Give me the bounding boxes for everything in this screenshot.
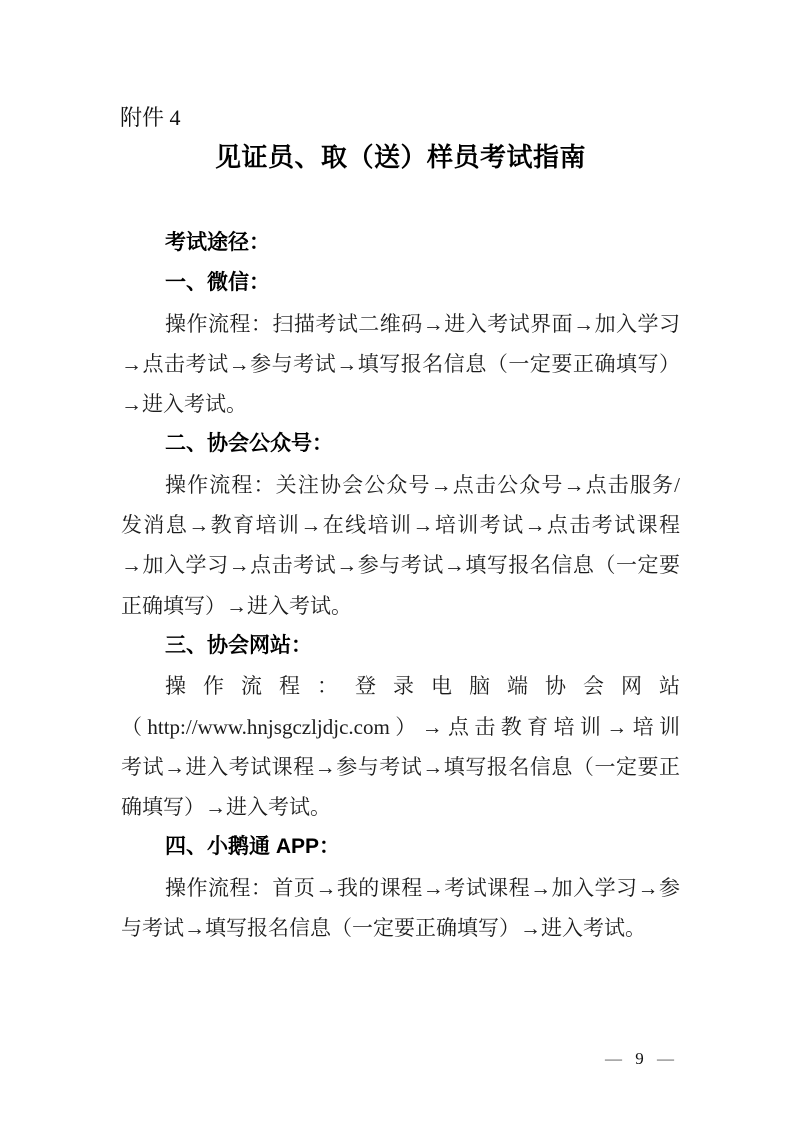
paragraph-2-line-2: 发消息→教育培训→在线培训→培训考试→点击考试课程 — [121, 505, 680, 545]
heading-section-3-website: 三、协会网站： — [121, 626, 680, 666]
document-page: 附件 4 见证员、取（送）样员考试指南 考试途径： 一、微信： 操作流程：扫描考… — [0, 0, 800, 1131]
paragraph-3-line-4: 确填写）→进入考试。 — [121, 787, 680, 827]
heading-section-4-xiaoetong-app: 四、小鹅通 APP： — [121, 827, 680, 867]
paragraph-2-line-1: 操作流程：关注协会公众号→点击公众号→点击服务/ — [121, 465, 680, 505]
paragraph-1-line-1: 操作流程：扫描考试二维码→进入考试界面→加入学习 — [121, 304, 680, 344]
paragraph-1-line-2: →点击考试→参与考试→填写报名信息（一定要正确填写） — [121, 344, 680, 384]
document-title: 见证员、取（送）样员考试指南 — [121, 140, 680, 176]
paragraph-3-line-2-url: （http://www.hnjsgczljdjc.com）→点击教育培训→培训 — [121, 707, 680, 747]
paragraph-2-line-4: 正确填写）→进入考试。 — [121, 586, 680, 626]
page-number: 9 — [635, 1049, 644, 1068]
heading-section-2-official-account: 二、协会公众号： — [121, 424, 680, 464]
paragraph-4-line-1: 操作流程：首页→我的课程→考试课程→加入学习→参 — [121, 868, 680, 908]
paragraph-3-line-1: 操作流程：登录电脑端协会网站 — [121, 666, 680, 706]
heading-exam-channels: 考试途径： — [121, 223, 680, 263]
document-body: 考试途径： 一、微信： 操作流程：扫描考试二维码→进入考试界面→加入学习 →点击… — [121, 223, 680, 948]
paragraph-2-line-3: →加入学习→点击考试→参与考试→填写报名信息（一定要 — [121, 545, 680, 585]
attachment-label: 附件 4 — [120, 103, 181, 133]
heading-section-1-wechat: 一、微信： — [121, 263, 680, 303]
paragraph-3-line-3: 考试→进入考试课程→参与考试→填写报名信息（一定要正 — [121, 747, 680, 787]
paragraph-4-line-2: 与考试→填写报名信息（一定要正确填写）→进入考试。 — [121, 908, 680, 948]
page-footer: — 9 — — [605, 1048, 674, 1070]
paragraph-1-line-3: →进入考试。 — [121, 384, 680, 424]
footer-dash-right: — — [657, 1049, 674, 1068]
footer-dash-left: — — [605, 1049, 622, 1068]
